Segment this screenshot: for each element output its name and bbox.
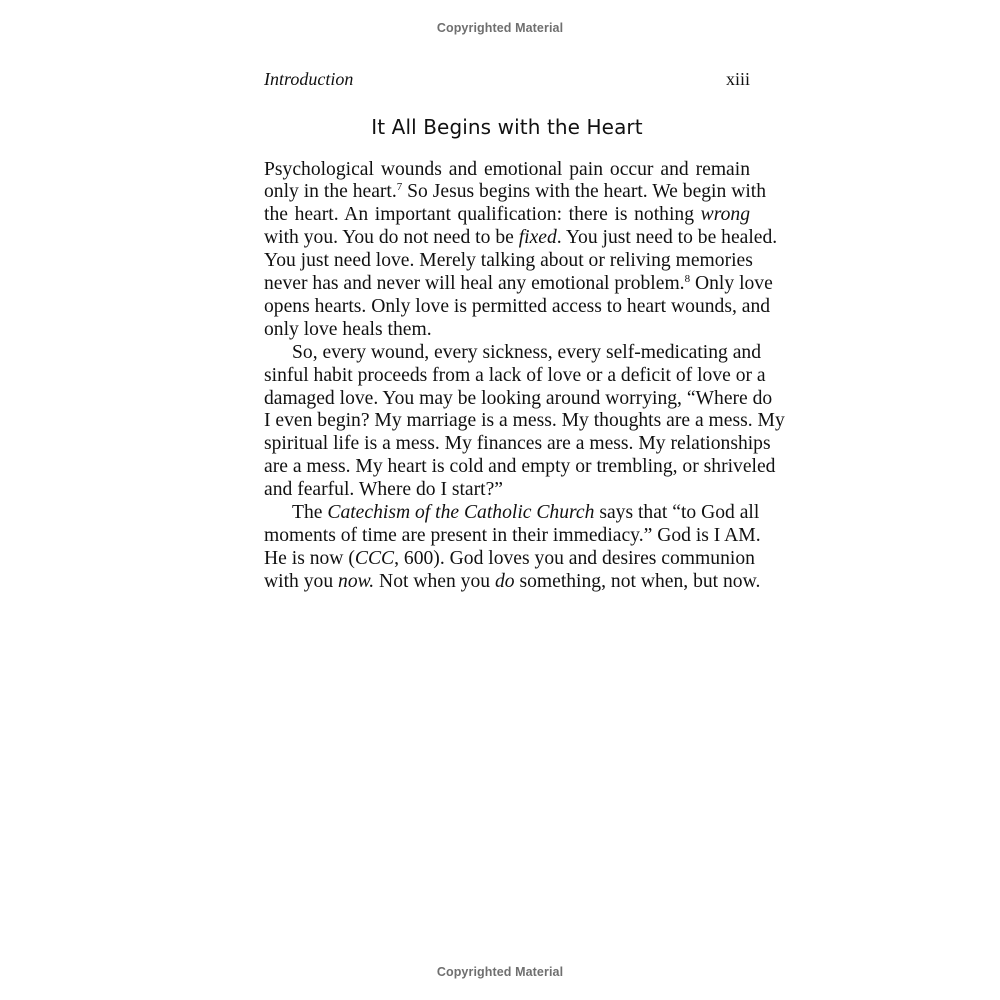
text-line: with you. You do not need to be fixed. Y… <box>264 227 750 250</box>
text-run: I even begin? My marriage is a mess. My … <box>264 410 785 431</box>
copyright-watermark-top: Copyrighted Material <box>0 21 1000 35</box>
text-line: opens hearts. Only love is permitted acc… <box>264 296 750 319</box>
text-line: are a mess. My heart is cold and empty o… <box>264 456 750 479</box>
text-run: He is now ( <box>264 548 355 569</box>
text-run: , 600). God loves you and desires commun… <box>394 548 755 569</box>
text-line: only in the heart.7 So Jesus begins with… <box>264 181 750 204</box>
text-run: . You just need to be healed. <box>557 227 777 248</box>
text-run: opens hearts. Only love is permitted acc… <box>264 296 770 317</box>
text-run: the heart. An important qualification: t… <box>264 204 701 225</box>
text-line: He is now (CCC, 600). God loves you and … <box>264 548 750 571</box>
text-run: says that “to God all <box>594 502 759 523</box>
text-run: Psychological wounds and emotional pain … <box>264 159 750 180</box>
italic-text: do <box>495 571 515 592</box>
text-run: The <box>292 502 327 523</box>
book-page: Introduction xiii It All Begins with the… <box>264 66 750 594</box>
text-line: sinful habit proceeds from a lack of lov… <box>264 365 750 388</box>
text-line: and fearful. Where do I start?” <box>264 479 750 502</box>
text-run: So Jesus begins with the heart. We begin… <box>402 181 766 202</box>
text-line: never has and never will heal any emotio… <box>264 273 750 296</box>
text-line: I even begin? My marriage is a mess. My … <box>264 410 750 433</box>
text-run: moments of time are present in their imm… <box>264 525 761 546</box>
text-line: So, every wound, every sickness, every s… <box>264 342 750 365</box>
text-run: You just need love. Merely talking about… <box>264 250 753 271</box>
section-title: It All Begins with the Heart <box>264 112 750 142</box>
text-run: sinful habit proceeds from a lack of lov… <box>264 365 766 386</box>
paragraph: Psychological wounds and emotional pain … <box>264 159 750 342</box>
text-line: with you now. Not when you do something,… <box>264 571 750 594</box>
text-line: spiritual life is a mess. My finances ar… <box>264 433 750 456</box>
text-line: only love heals them. <box>264 319 750 342</box>
text-line: You just need love. Merely talking about… <box>264 250 750 273</box>
text-line: damaged love. You may be looking around … <box>264 388 750 411</box>
text-run: Only love <box>690 273 773 294</box>
italic-text: wrong <box>701 204 750 225</box>
italic-text: CCC <box>355 548 394 569</box>
page-number: xiii <box>726 69 750 90</box>
text-run: and fearful. Where do I start?” <box>264 479 503 500</box>
italic-text: Catechism of the Catholic Church <box>327 502 594 523</box>
text-run: never has and never will heal any emotio… <box>264 273 685 294</box>
text-run: something, not when, but now. <box>515 571 761 592</box>
text-line: the heart. An important qualification: t… <box>264 204 750 227</box>
text-run: only in the heart. <box>264 181 397 202</box>
paragraph: So, every wound, every sickness, every s… <box>264 342 750 502</box>
text-run: So, every wound, every sickness, every s… <box>292 342 761 363</box>
text-run: spiritual life is a mess. My finances ar… <box>264 433 771 454</box>
copyright-watermark-bottom: Copyrighted Material <box>0 965 1000 979</box>
body-text: Psychological wounds and emotional pain … <box>264 159 750 594</box>
text-run: with you. You do not need to be <box>264 227 519 248</box>
text-line: The Catechism of the Catholic Church say… <box>264 502 750 525</box>
text-run: only love heals them. <box>264 319 432 340</box>
italic-text: fixed <box>519 227 557 248</box>
text-run: Not when you <box>374 571 495 592</box>
text-run: with you <box>264 571 338 592</box>
running-head: Introduction xiii <box>264 66 750 92</box>
text-line: Psychological wounds and emotional pain … <box>264 159 750 182</box>
running-head-section: Introduction <box>264 69 353 90</box>
text-line: moments of time are present in their imm… <box>264 525 750 548</box>
italic-text: now. <box>338 571 374 592</box>
paragraph: The Catechism of the Catholic Church say… <box>264 502 750 594</box>
text-run: damaged love. You may be looking around … <box>264 388 772 409</box>
text-run: are a mess. My heart is cold and empty o… <box>264 456 775 477</box>
